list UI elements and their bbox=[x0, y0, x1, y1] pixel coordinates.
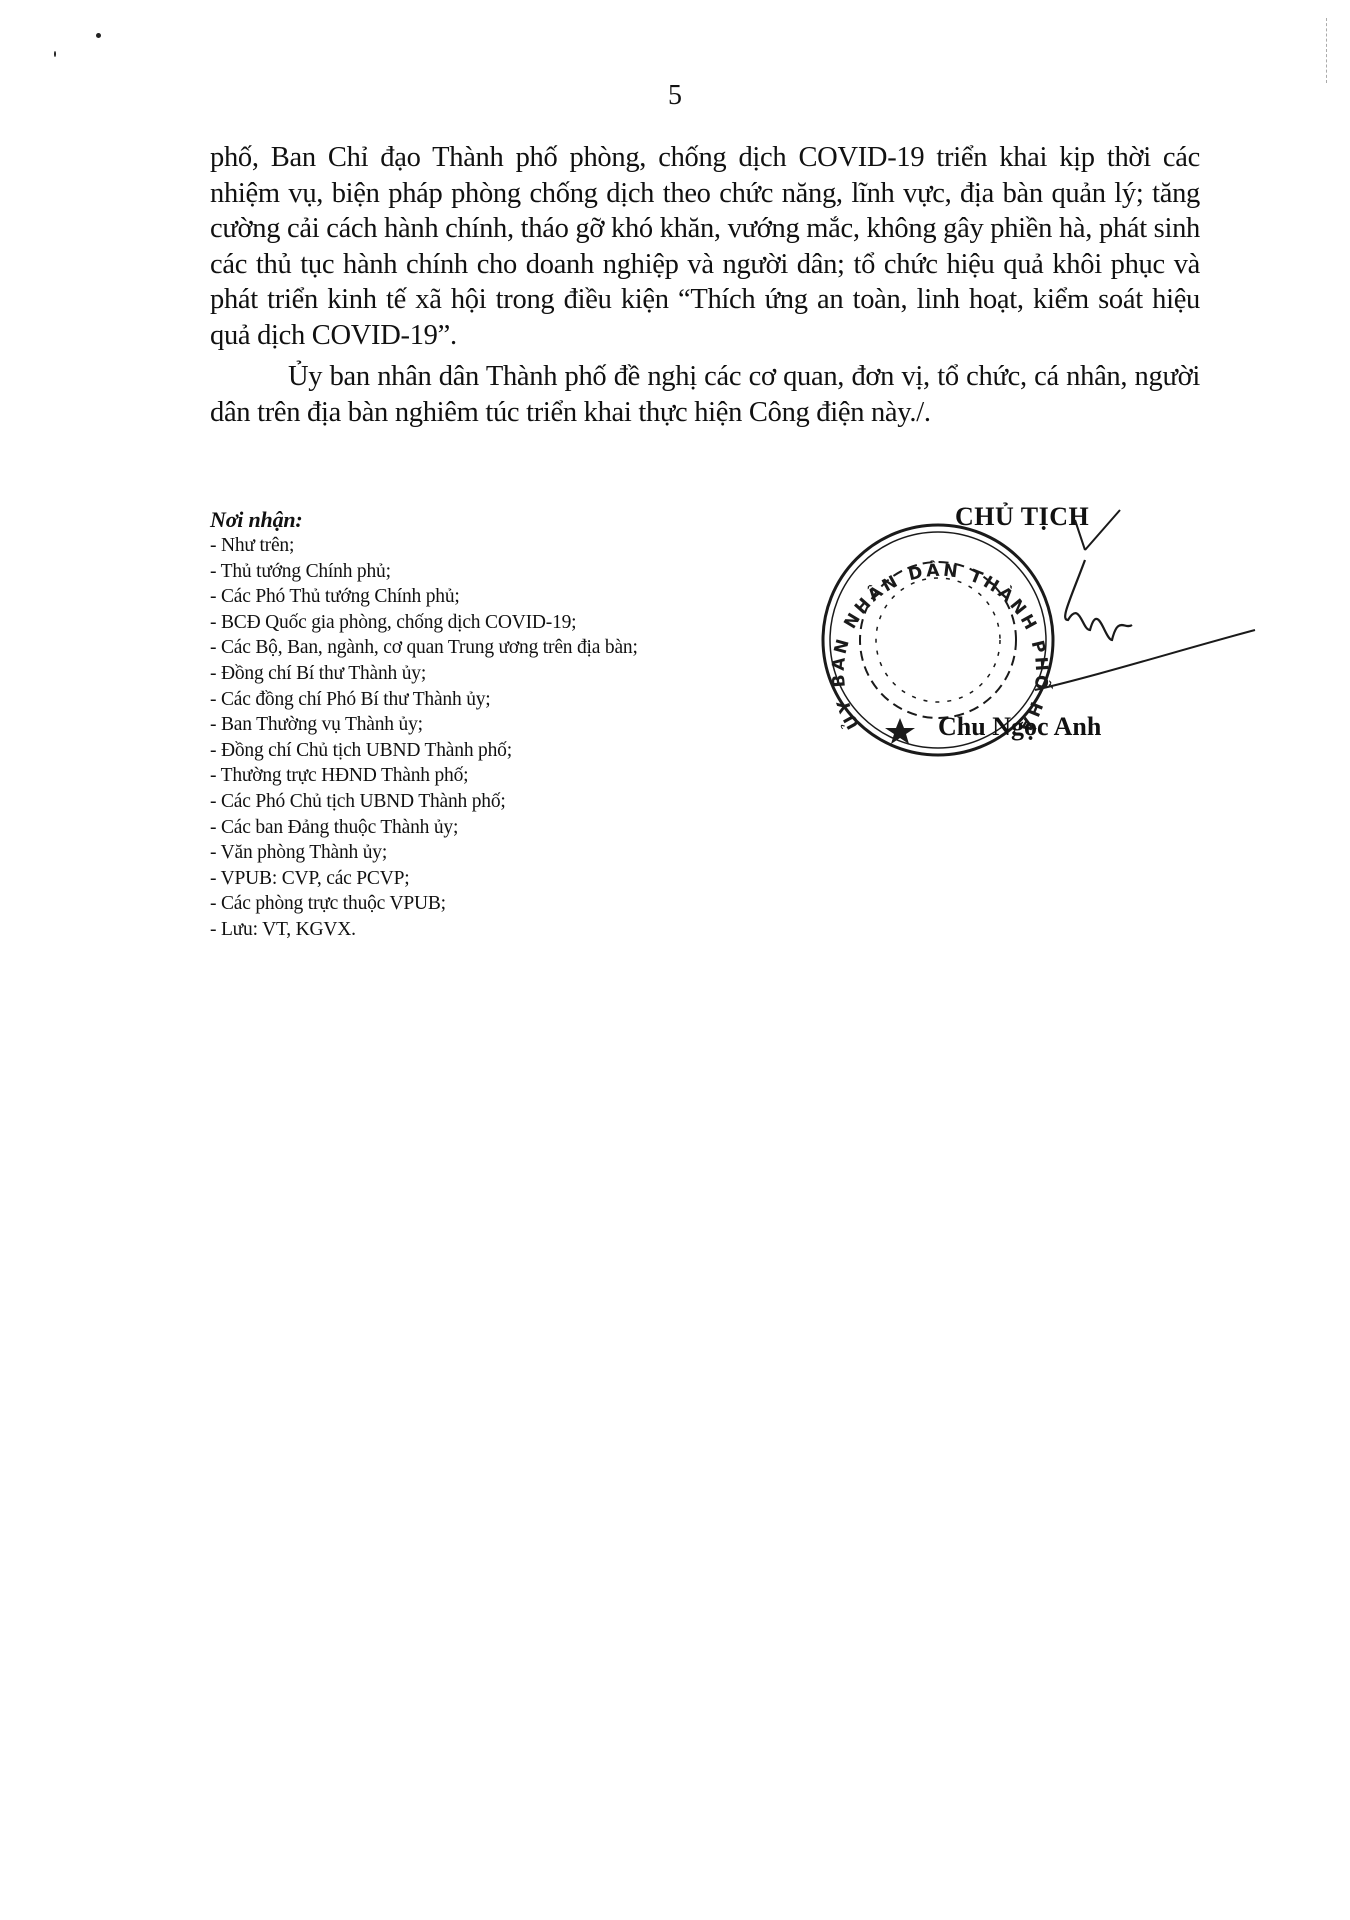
signatory-title: CHỦ TỊCH bbox=[955, 502, 1089, 532]
signatory-name: Chu Ngọc Anh bbox=[938, 712, 1101, 742]
recipient-item: - BCĐ Quốc gia phòng, chống dịch COVID-1… bbox=[210, 610, 810, 636]
signature-icon bbox=[1065, 560, 1132, 640]
recipient-item: - Ban Thường vụ Thành ủy; bbox=[210, 712, 810, 738]
signature-block: ỦY BAN NHÂN DÂN THÀNH PHỐ HÀ NỘI CHỦ TỊC… bbox=[820, 490, 1270, 780]
scan-speck bbox=[54, 51, 56, 57]
recipient-item: - Thường trực HĐND Thành phố; bbox=[210, 763, 810, 789]
document-body: phố, Ban Chỉ đạo Thành phố phòng, chống … bbox=[210, 140, 1200, 430]
recipient-item: - Các ban Đảng thuộc Thành ủy; bbox=[210, 815, 810, 841]
recipients-list: - Như trên;- Thủ tướng Chính phủ;- Các P… bbox=[210, 533, 810, 943]
recipient-item: - Các Bộ, Ban, ngành, cơ quan Trung ương… bbox=[210, 635, 810, 661]
recipient-item: - Lưu: VT, KGVX. bbox=[210, 917, 810, 943]
recipient-item: - Các đồng chí Phó Bí thư Thành ủy; bbox=[210, 687, 810, 713]
recipient-item: - Thủ tướng Chính phủ; bbox=[210, 559, 810, 585]
recipient-item: - Đồng chí Chủ tịch UBND Thành phố; bbox=[210, 738, 810, 764]
scan-speck bbox=[96, 33, 101, 38]
recipient-item: - Đồng chí Bí thư Thành ủy; bbox=[210, 661, 810, 687]
recipients-heading: Nơi nhận: bbox=[210, 507, 810, 533]
body-paragraph: Ủy ban nhân dân Thành phố đề nghị các cơ… bbox=[210, 359, 1200, 430]
page-number: 5 bbox=[0, 80, 1350, 112]
recipient-item: - Văn phòng Thành ủy; bbox=[210, 840, 810, 866]
recipient-item: - VPUB: CVP, các PCVP; bbox=[210, 866, 810, 892]
recipient-item: - Như trên; bbox=[210, 533, 810, 559]
recipients-block: Nơi nhận: - Như trên;- Thủ tướng Chính p… bbox=[210, 507, 810, 943]
recipient-item: - Các Phó Thủ tướng Chính phủ; bbox=[210, 584, 810, 610]
recipient-item: - Các Phó Chủ tịch UBND Thành phố; bbox=[210, 789, 810, 815]
recipient-item: - Các phòng trực thuộc VPUB; bbox=[210, 891, 810, 917]
body-paragraph: phố, Ban Chỉ đạo Thành phố phòng, chống … bbox=[210, 140, 1200, 353]
scan-edge-mark bbox=[1326, 18, 1328, 83]
